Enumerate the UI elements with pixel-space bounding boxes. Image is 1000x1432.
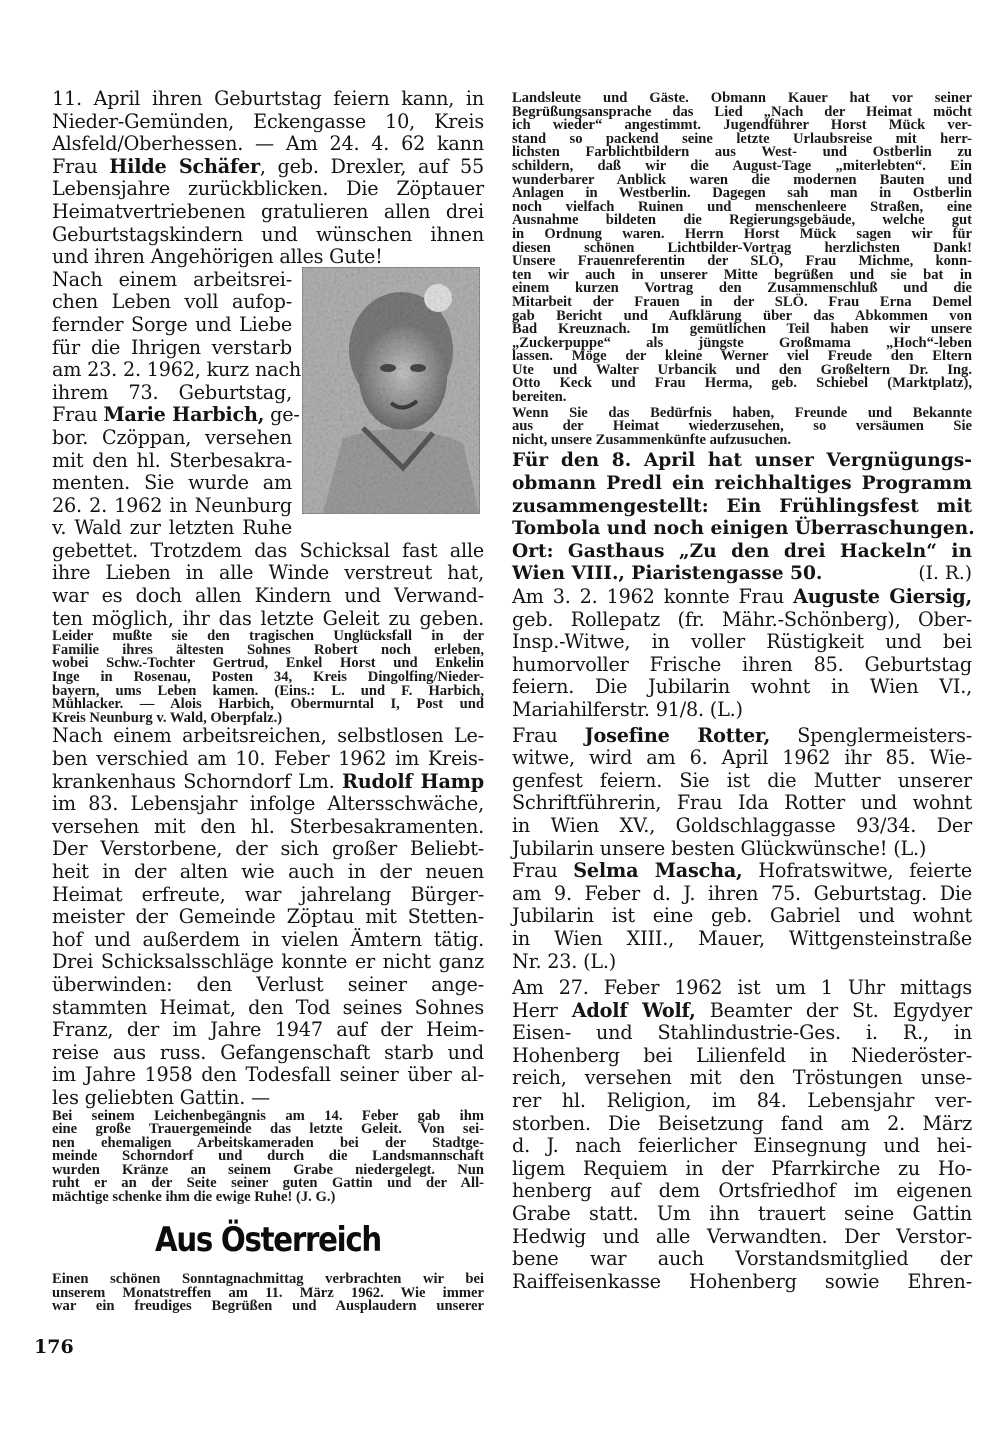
name-highlight: Josefine Rotter, <box>585 724 770 747</box>
text-line: Kreis Neunburg v. Wald, Oberpfalz.) <box>52 712 484 726</box>
text-line: bereiten. <box>512 391 972 405</box>
text-line: ten möglich, ihr das letzte Geleit zu ge… <box>52 608 484 631</box>
name-highlight: Hilde Schäfer <box>109 155 260 178</box>
text-line: Heimatvertriebenen gratulieren allen dre… <box>52 201 484 224</box>
text-line: gebettet. Trotzdem das Schicksal fast al… <box>52 540 484 563</box>
text-line: in Wien XIII., Mauer, Wittgensteinstraße <box>512 928 972 951</box>
obituary-hamp-funeral: Bei seinem Leichenbegängnis am 14. Feber… <box>52 1110 484 1205</box>
text-line: Eisen- und Stahlindustrie-Ges. i. R., in <box>512 1022 972 1045</box>
text-line: Drei Schicksalsschläge konnte er nicht g… <box>52 951 484 974</box>
text-segment: Frau <box>52 403 103 426</box>
text-line: Hedwig und alle Verwandten. Der Verstor- <box>512 1226 972 1249</box>
text-segment: Herr <box>512 999 572 1022</box>
text-line: humorvoller Frische ihren 85. Geburtstag <box>512 654 972 677</box>
text-line: reich, versehen mit den Tröstungen unse- <box>512 1067 972 1090</box>
obituary-harbich-full-lines: gebettet. Trotzdem das Schicksal fast al… <box>52 540 484 630</box>
text-line: mit den hl. Sterbesakra- <box>52 450 292 473</box>
text-line: überwinden: den Verlust seiner ange- <box>52 974 484 997</box>
text-line: war ein freudiges Begrüßen und Ausplaude… <box>52 1300 484 1314</box>
meeting-invitation: Wenn Sie das Bedürfnis haben, Freunde un… <box>512 407 972 448</box>
text-line: meister der Gemeinde Zöptau mit Stetten- <box>52 906 484 929</box>
text-line: bor. Czöppan, versehen <box>52 427 292 450</box>
text-line: Nach einem arbeitsrei- <box>52 269 292 292</box>
text-line: ligem Requiem in der Pfarrkirche zu Ho- <box>512 1158 972 1181</box>
text-line: Frau Marie Harbich, ge- <box>52 404 292 427</box>
text-line: am 9. Feber d. J. ihren 75. Geburtstag. … <box>512 883 972 906</box>
page-number: 176 <box>34 1336 74 1358</box>
text-line: ben verschied am 10. Feber 1962 im Kreis… <box>52 748 484 771</box>
text-line: Tombola und noch einigen Überraschungen. <box>512 518 972 541</box>
text-line: Jubilarin unsere besten Glückwünsche! (L… <box>512 838 972 861</box>
text-line: henberg auf dem Ortsfriedhof im eigenen <box>512 1180 972 1203</box>
text-line: in Wien XV., Goldschlaggasse 93/34. Der <box>512 815 972 838</box>
text-line: witwe, wird am 6. April 1962 ihr 85. Wie… <box>512 747 972 770</box>
text-line: Mariahilferstr. 91/8. (L.) <box>512 699 972 722</box>
text-line: chen Leben voll aufop- <box>52 291 292 314</box>
text-line: Lebensjahre zurückblicken. Die Zöptauer <box>52 178 484 201</box>
birthday-paragraph: 11. April ihren Geburtstag feiern kann, … <box>52 88 484 269</box>
text-line: Am 3. 2. 1962 konnte Frau Auguste Giersi… <box>512 586 972 609</box>
text-line: Am 27. Feber 1962 ist um 1 Uhr mittags <box>512 977 972 1000</box>
text-line: storben. Die Beisetzung fand am 2. März <box>512 1113 972 1136</box>
text-line: zusammengestellt: Ein Frühlingsfest mit <box>512 496 972 519</box>
text-line: Herr Adolf Wolf, Beamter der St. Egydyer <box>512 1000 972 1023</box>
text-segment: Beamter der St. Egydyer <box>696 999 972 1022</box>
event-announcement-last-line: Wien VIII., Piaristengasse 50. (I. R.) <box>512 563 972 586</box>
text-line: fernder Sorge und Liebe <box>52 314 292 337</box>
text-segment: Frau <box>512 859 573 882</box>
text-line: nicht, unsere Zusammenkünfte aufzusuchen… <box>512 434 972 448</box>
name-highlight: Marie Harbich, <box>103 403 264 426</box>
text-line: feiern. Die Jubilarin wohnt in Wien VI., <box>512 676 972 699</box>
text-line: mächtige schenke ihm die ewige Ruhe! (J.… <box>52 1191 484 1205</box>
text-line: Ort: Gasthaus „Zu den drei Hackeln“ in <box>512 541 972 564</box>
text-line: geb. Rollepatz (fr. Mähr.-Schönberg), Ob… <box>512 609 972 632</box>
text-line: Schriftführerin, Frau Ida Rotter und woh… <box>512 792 972 815</box>
text-line: war es doch allen Kindern und Verwand- <box>52 585 484 608</box>
newsletter-page: 11. April ihren Geburtstag feiern kann, … <box>0 0 1000 1432</box>
text-line: Geburtstagskindern und wünschen ihnen <box>52 224 484 247</box>
text-line: Franz, der im Jahre 1947 auf der Heim- <box>52 1019 484 1042</box>
text-line: Heimat erfreute, war jahrelang Bürger- <box>52 884 484 907</box>
text-line: genfest feiern. Sie ist die Mutter unser… <box>512 770 972 793</box>
birthday-rotter: Frau Josefine Rotter, Spenglermeisters-w… <box>512 725 972 861</box>
text-line: hof und außerdem in vielen Ämtern tätig. <box>52 929 484 952</box>
text-line: Nr. 23. (L.) <box>512 951 972 974</box>
obituary-hamp: Nach einem arbeitsreichen, selbstlosen L… <box>52 725 484 1109</box>
text-line: Hohenberg bei Lilienfeld in Niederöster- <box>512 1045 972 1068</box>
right-column: Landsleute und Gäste. Obmann Kauer hat v… <box>512 92 972 1293</box>
text-line: heit in der alten wie auch in der neuen <box>52 861 484 884</box>
text-segment: Hofratswitwe, feierte <box>743 859 972 882</box>
text-line: 26. 2. 1962 in Neunburg <box>52 495 292 518</box>
text-line: obmann Predl ein reichhaltiges Programm <box>512 473 972 496</box>
text-line: versehen mit den hl. Sterbesakramenten. <box>52 816 484 839</box>
birthday-giersig: Am 3. 2. 1962 konnte Frau Auguste Giersi… <box>512 586 972 722</box>
text-line: les geliebten Gattin. — <box>52 1087 484 1110</box>
austria-report: Landsleute und Gäste. Obmann Kauer hat v… <box>512 92 972 405</box>
name-highlight: Auguste Giersig, <box>793 585 972 608</box>
text-line: 11. April ihren Geburtstag feiern kann, … <box>52 88 484 111</box>
text-line: ihre Lieben in alle Winde verstreut hat, <box>52 562 484 585</box>
event-author: (I. R.) <box>918 563 972 586</box>
text-line: menten. Sie wurde am <box>52 472 292 495</box>
text-line: krankenhaus Schorndorf Lm. Rudolf Hamp <box>52 771 484 794</box>
name-highlight: Rudolf Hamp <box>342 770 484 793</box>
text-line: v. Wald zur letzten Ruhe <box>52 517 292 540</box>
text-segment: krankenhaus Schorndorf Lm. <box>52 770 342 793</box>
section-heading-aus-oesterreich: Aus Österreich <box>82 1220 454 1260</box>
portrait-image <box>303 268 479 513</box>
austria-intro-paragraph: Einen schönen Sonntagnachmittag verbrach… <box>52 1273 484 1314</box>
text-line: am 23. 2. 1962, kurz nach <box>52 359 292 382</box>
text-line: im 83. Lebensjahr infolge Altersschwäche… <box>52 793 484 816</box>
text-line: Insp.-Witwe, in voller Rüstigkeit und be… <box>512 631 972 654</box>
text-line: reise aus russ. Gefangenschaft starb und <box>52 1042 484 1065</box>
text-segment: Frau <box>52 155 109 178</box>
portrait-photo-marie-harbich <box>302 267 480 514</box>
text-line: ihrem 73. Geburtstag, <box>52 382 292 405</box>
birthday-mascha: Frau Selma Mascha, Hofratswitwe, feierte… <box>512 860 972 973</box>
text-line: Frau Selma Mascha, Hofratswitwe, feierte <box>512 860 972 883</box>
text-line: Frau Josefine Rotter, Spenglermeisters- <box>512 725 972 748</box>
event-location-line: Wien VIII., Piaristengasse 50. <box>512 563 822 584</box>
left-column: 11. April ihren Geburtstag feiern kann, … <box>52 88 484 1205</box>
text-line: Der Verstorbene, der sich großer Beliebt… <box>52 838 484 861</box>
text-line: bene war auch Vorstandsmitglied der <box>512 1248 972 1271</box>
text-line: rer hl. Religion, im 84. Lebensjahr ver- <box>512 1090 972 1113</box>
text-line: Alsfeld/Oberhessen. — Am 24. 4. 62 kann <box>52 133 484 156</box>
text-line: Nieder-Gemünden, Eckengasse 10, Kreis <box>52 111 484 134</box>
text-line: Raiffeisenkasse Hohenberg sowie Ehren- <box>512 1271 972 1294</box>
event-announcement: Für den 8. April hat unser Vergnügungs-o… <box>512 450 972 563</box>
text-segment: Frau <box>512 724 585 747</box>
name-highlight: Selma Mascha, <box>573 859 742 882</box>
text-segment: Am 3. 2. 1962 konnte Frau <box>512 585 793 608</box>
text-line: und ihren Angehörigen alles Gute! <box>52 246 484 269</box>
text-segment: , geb. Drexler, auf 55 <box>260 155 484 178</box>
text-line: Jubilarin ist eine geb. Gabriel und wohn… <box>512 905 972 928</box>
text-line: stammten Heimat, den Tod seines Sohnes <box>52 997 484 1020</box>
text-line: Nach einem arbeitsreichen, selbstlosen L… <box>52 725 484 748</box>
text-line: für die Ihrigen verstarb <box>52 337 292 360</box>
text-line: Grabe statt. Um ihn trauert seine Gattin <box>512 1203 972 1226</box>
text-segment: Spenglermeisters- <box>770 724 972 747</box>
text-line: Frau Hilde Schäfer, geb. Drexler, auf 55 <box>52 156 484 179</box>
obituary-harbich-details: Leider mußte sie den tragischen Unglücks… <box>52 630 484 725</box>
text-line: im Jahre 1958 den Todesfall seiner über … <box>52 1064 484 1087</box>
name-highlight: Adolf Wolf, <box>572 999 696 1022</box>
text-line: Otto Keck und Frau Herma, geb. Schiebel … <box>512 377 972 391</box>
obituary-harbich-short-lines: Nach einem arbeitsrei-chen Leben voll au… <box>52 269 292 540</box>
text-line: Für den 8. April hat unser Vergnügungs- <box>512 450 972 473</box>
text-segment: ge- <box>264 403 299 426</box>
obituary-wolf: Am 27. Feber 1962 ist um 1 Uhr mittagsHe… <box>512 977 972 1293</box>
text-line: d. J. nach feierlicher Einsegnung und he… <box>512 1135 972 1158</box>
